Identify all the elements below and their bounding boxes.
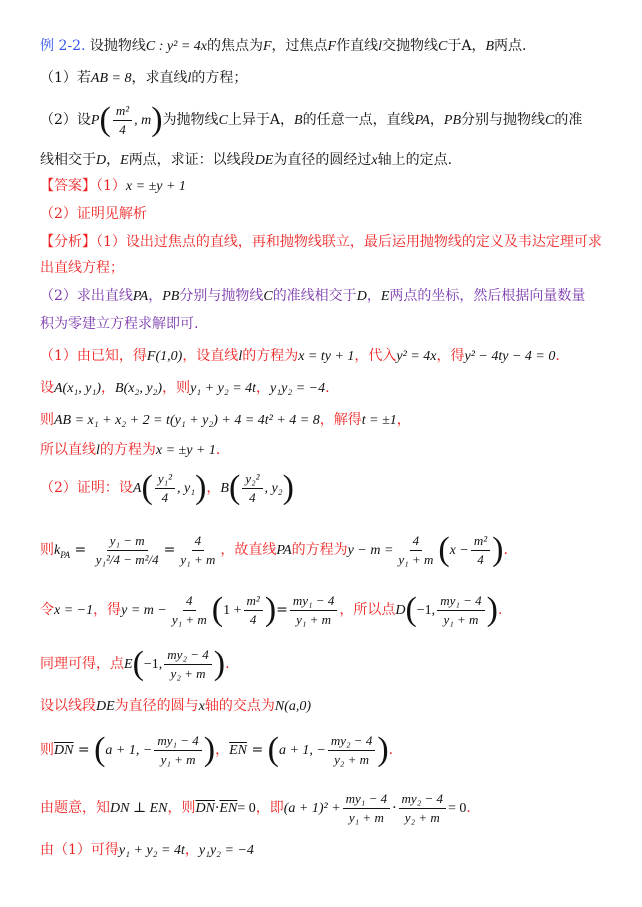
problem-part-2-cont: 线相交于D，E两点，求证：以线段DE为直径的圆经过x轴上的定点. bbox=[40, 150, 452, 171]
solution-step-4: 所以直线l的方程为x = ±y + 1. bbox=[40, 440, 220, 461]
example-label: 例 2-2. bbox=[40, 38, 85, 54]
analysis-part-1-cont: 出直线方程； bbox=[40, 258, 124, 278]
solution-step-9: 设以线段DE为直径的圆与x轴的交点为N(a,0) bbox=[40, 696, 311, 717]
analysis-tag: 【分析】 bbox=[40, 234, 96, 250]
solution-step-8: 同理可得，点E(−1,my₂ − 4y₂ + m). bbox=[40, 642, 230, 687]
solution-step-3: 则AB = x₁ + x₂ + 2 = t(y₁ + y₂) + 4 = 4t²… bbox=[40, 410, 411, 431]
solution-step-11: 由题意，知DN ⊥ EN，则DN·EN= 0，即(a + 1)² +my₁ − … bbox=[40, 786, 471, 831]
analysis-part-2-cont: 积为零建立方程求解即可. bbox=[40, 314, 198, 334]
solution-step-12: 由（1）可得y₁ + y₂ = 4t，y₁y₂ = −4 bbox=[40, 840, 254, 861]
solution-step-10: 则DN = (a + 1, −my₁ − 4y₁ + m)，EN = (a + … bbox=[40, 728, 393, 773]
analysis-part-1: 【分析】（1）设出过焦点的直线，再和抛物线联立，最后运用抛物线的定义及韦达定理可… bbox=[40, 232, 602, 252]
answer-part-2: （2）证明见解析 bbox=[40, 204, 147, 224]
solution-step-6: 则kPA = y₁ − my₁²/4 − m²/4=4y₁ + m，故直线PA的… bbox=[40, 528, 508, 577]
answer-tag: 【答案】 bbox=[40, 178, 96, 194]
solution-step-7: 令x = −1，得y = m −4y₁ + m(1 +m²4)=my₁ − 4y… bbox=[40, 588, 502, 633]
problem-stem: 例 2-2. 设抛物线C : y² = 4x的焦点为F，过焦点F作直线l交抛物线… bbox=[40, 36, 526, 57]
solution-step-1: （1）由已知，得F(1,0)，设直线l的方程为x = ty + 1，代入y² =… bbox=[40, 346, 560, 367]
solution-step-5: （2）证明：设A(y₁²4, y₁)，B(y₂²4, y₂) bbox=[40, 468, 294, 509]
problem-part-2: （2）设P(m²4, m)为抛物线C上异于A，B的任意一点，直线PA，PB分别与… bbox=[40, 100, 582, 141]
answer-part-1: 【答案】（1）x = ±y + 1 bbox=[40, 176, 186, 197]
problem-part-1: （1）若AB = 8，求直线l的方程； bbox=[40, 68, 247, 89]
solution-step-2: 设A(x₁, y₁)，B(x₂, y₂)，则y₁ + y₂ = 4t，y₁y₂ … bbox=[40, 378, 330, 399]
analysis-part-2: （2）求出直线PA，PB分别与抛物线C的准线相交于D，E两点的坐标，然后根据向量… bbox=[40, 286, 585, 307]
